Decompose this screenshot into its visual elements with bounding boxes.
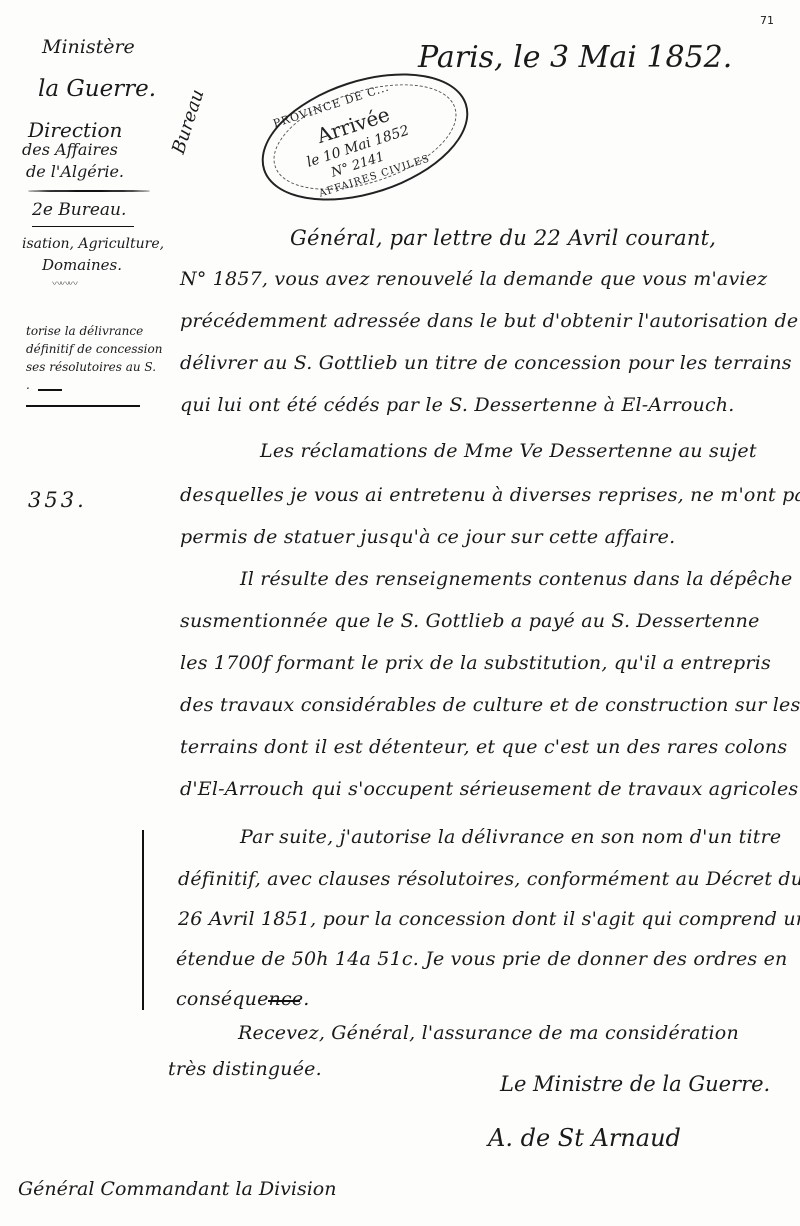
margin-note-line: ses résolutoires au S. bbox=[26, 360, 156, 374]
margin-note-dash bbox=[38, 389, 62, 391]
body-line: définitif, avec clauses résolutoires, co… bbox=[178, 868, 800, 890]
page-number: 71 bbox=[760, 14, 774, 27]
signature: A. de St Arnaud bbox=[488, 1124, 681, 1152]
letterhead-bureau: 2e Bureau. bbox=[32, 200, 126, 220]
body-line: Par suite, j'autorise la délivrance en s… bbox=[240, 826, 781, 848]
body-line: les 1700f formant le prix de la substitu… bbox=[180, 652, 771, 674]
dateline: Paris, le 3 Mai 1852. bbox=[418, 40, 732, 75]
addressee: Général Commandant la Division bbox=[18, 1178, 336, 1200]
margin-note-divider bbox=[26, 405, 140, 407]
margin-note-line: torise la délivrance bbox=[26, 324, 143, 338]
margin-note-line: définitif de concession bbox=[26, 342, 162, 356]
letterhead-flourish: 〰〰〰 bbox=[52, 275, 76, 290]
letterhead-affaires: des Affaires bbox=[22, 140, 118, 159]
body-line: qui lui ont été cédés par le S. Desserte… bbox=[180, 394, 735, 416]
body-line: terrains dont il est détenteur, et que c… bbox=[180, 736, 787, 758]
body-line: 26 Avril 1851, pour la concession dont i… bbox=[178, 908, 800, 930]
body-line: très distinguée. bbox=[168, 1058, 322, 1080]
body-line: permis de statuer jusqu'à ce jour sur ce… bbox=[180, 526, 675, 548]
margin-vertical-rule bbox=[142, 830, 144, 1010]
margin-number: 353. bbox=[28, 488, 87, 512]
body-line: Les réclamations de Mme Ve Dessertenne a… bbox=[260, 440, 757, 462]
bureau-divider bbox=[32, 226, 134, 227]
body-line: précédemment adressée dans le but d'obte… bbox=[180, 310, 798, 332]
body-line: desquelles je vous ai entretenu à divers… bbox=[180, 484, 800, 506]
body-line: susmentionnée que le S. Gottlieb a payé … bbox=[180, 610, 760, 632]
body-line: conséquence. bbox=[176, 988, 310, 1010]
body-line: des travaux considérables de culture et … bbox=[180, 694, 800, 716]
closing-title: Le Ministre de la Guerre. bbox=[500, 1072, 770, 1096]
letterhead-ministere: Ministère bbox=[42, 36, 135, 58]
arrival-stamp: PROVINCE DE C... Arrivée le 10 Mai 1852 … bbox=[246, 50, 485, 225]
letterhead-section: isation, Agriculture, bbox=[22, 236, 164, 252]
body-line: Recevez, Général, l'assurance de ma cons… bbox=[238, 1022, 739, 1044]
margin-note-line: . bbox=[26, 378, 30, 392]
letterhead-domaines: Domaines. bbox=[42, 256, 122, 274]
body-line: étendue de 50h 14a 51c. Je vous prie de … bbox=[176, 948, 787, 970]
letterhead-direction: Direction bbox=[28, 118, 122, 142]
letterhead-guerre: la Guerre. bbox=[38, 76, 156, 102]
body-line: Général, par lettre du 22 Avril courant, bbox=[290, 226, 716, 250]
consequence-dash bbox=[268, 1000, 300, 1002]
letterhead-divider bbox=[28, 190, 150, 192]
body-line: délivrer au S. Gottlieb un titre de conc… bbox=[180, 352, 792, 374]
letterhead-algerie: de l'Algérie. bbox=[26, 162, 124, 181]
marginal-annotation: Bureau bbox=[168, 87, 208, 157]
body-line: d'El-Arrouch qui s'occupent sérieusement… bbox=[180, 778, 800, 800]
body-line: Il résulte des renseignements contenus d… bbox=[240, 568, 793, 590]
body-line: N° 1857, vous avez renouvelé la demande … bbox=[180, 268, 767, 290]
